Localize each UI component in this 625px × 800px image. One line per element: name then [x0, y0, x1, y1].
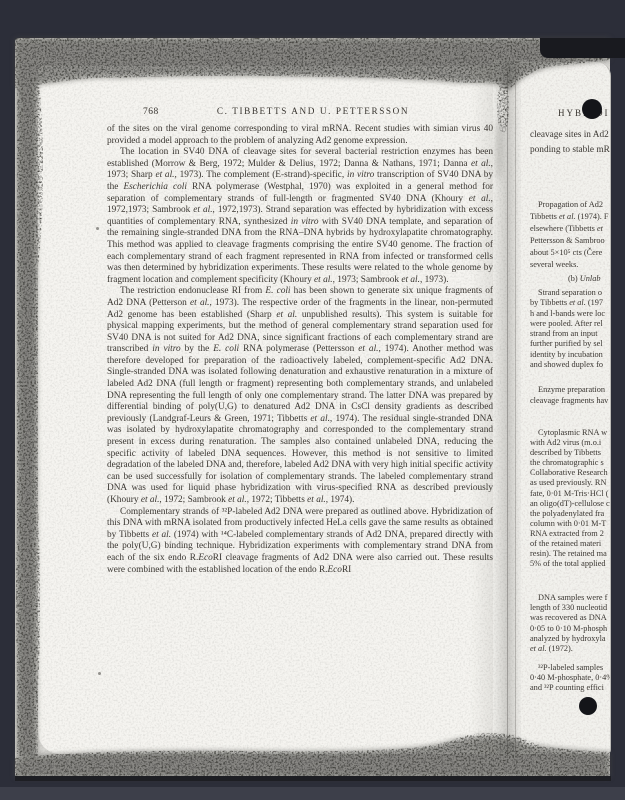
text-fragment-group: ³²P-labeled samples0·40 M-phosphate, 0·4… — [530, 663, 611, 693]
right-page: HYBRIDIZ cleavage sites in Ad2ponding to… — [521, 62, 611, 754]
text-line-fragment: analyzed by hydroxyla — [530, 634, 611, 644]
text-line-fragment: Propagation of Ad2 — [530, 199, 611, 211]
text-line-fragment: 0·40 M-phosphate, 0·4% — [530, 673, 611, 683]
text-line-fragment: ponding to stable mRN — [530, 143, 611, 158]
text-line-fragment: cleavage sites in Ad2 — [530, 128, 611, 143]
text-line-fragment: Cytoplasmic RNA w — [530, 428, 611, 438]
text-line-fragment: fate, 0·01 M-Tris·HCl ( — [530, 489, 611, 499]
text-line-fragment: the chromatographic s — [530, 458, 611, 468]
text-fragment-group: cleavage sites in Ad2ponding to stable m… — [530, 128, 611, 158]
gutter-fold-line — [515, 64, 516, 758]
scanned-book-photo: HYBRIDIZ cleavage sites in Ad2ponding to… — [0, 0, 625, 800]
text-line-fragment: were pooled. After rel — [530, 319, 611, 329]
text-line-fragment: the polyadenylated fra — [530, 509, 611, 519]
text-line-fragment: RNA extracted from 2 — [530, 529, 611, 539]
text-line-fragment: DNA samples were f — [530, 593, 611, 603]
text-line-fragment: resin). The retained ma — [530, 549, 611, 559]
text-fragment-group: Cytoplasmic RNA wwith Ad2 virus (m.o.ide… — [530, 428, 611, 569]
text-line-fragment: further purified by sel — [530, 339, 611, 349]
text-line-fragment: an oligo(dT)-cellulose c — [530, 499, 611, 509]
text-line-fragment: 0·05 to 0·10 M-phosph — [530, 624, 611, 634]
text-line-fragment: Tibbetts et al. (1974). F — [530, 211, 611, 223]
text-line-fragment: of the retained materi — [530, 539, 611, 549]
text-line-fragment: and showed duplex fo — [530, 360, 611, 370]
text-line-fragment: strand from an input — [530, 329, 611, 339]
text-line-fragment: cleavage fragments hav — [530, 396, 611, 406]
left-page-header: 768 C. TIBBETTS AND U. PETTERSSON — [107, 106, 493, 116]
text-line-fragment: by Tibbetts et al. (197 — [530, 298, 611, 308]
background-ledge — [0, 787, 625, 800]
text-fragment-group: (b) Unlab — [530, 273, 611, 284]
text-line-fragment: with Ad2 virus (m.o.i — [530, 438, 611, 448]
sheet-bottom-edge — [15, 776, 611, 781]
right-page-text-fragments: cleavage sites in Ad2ponding to stable m… — [530, 128, 611, 693]
paragraph: of the sites on the viral genome corresp… — [107, 124, 493, 147]
text-line-fragment: length of 330 nucleotid — [530, 603, 611, 613]
text-line-fragment: et al. (1972). — [530, 644, 611, 654]
text-line-fragment: described by Tibbetts — [530, 448, 611, 458]
scan-speck — [96, 227, 99, 230]
gutter-fold-line — [507, 68, 508, 758]
text-line-fragment: Collaborative Research — [530, 468, 611, 478]
punch-hole — [582, 99, 602, 119]
scan-speck — [98, 672, 101, 675]
paragraph: The restriction endonuclease RI from E. … — [107, 286, 493, 506]
text-fragment-group: Propagation of Ad2Tibbetts et al. (1974)… — [530, 199, 611, 271]
text-line-fragment: about 5×10⁵ cts (Čere — [530, 247, 611, 259]
text-line-fragment: h and l-bands were loc — [530, 309, 611, 319]
page-number: 768 — [143, 107, 159, 117]
paragraph: The location in SV40 DNA of cleavage sit… — [107, 147, 493, 286]
text-line-fragment: column with 0·01 M-T — [530, 519, 611, 529]
text-fragment-group: Strand separation oby Tibbetts et al. (1… — [530, 288, 611, 370]
text-line-fragment: was recovered as DNA — [530, 613, 611, 623]
text-fragment-group: Enzyme preparationcleavage fragments hav — [530, 385, 611, 406]
paragraph: Complementary strands of ³²P-labeled Ad2… — [107, 507, 493, 577]
top-right-shadow-gap — [540, 38, 625, 58]
text-line-fragment: elsewhere (Tibbetts et — [530, 223, 611, 235]
text-line-fragment: Strand separation o — [530, 288, 611, 298]
text-line-fragment: as used previously. RN — [530, 478, 611, 488]
text-line-fragment: (b) Unlab — [530, 273, 611, 284]
body-text: of the sites on the viral genome corresp… — [107, 124, 493, 576]
text-fragment-group: DNA samples were flength of 330 nucleoti… — [530, 593, 611, 654]
text-line-fragment: ³²P-labeled samples — [530, 663, 611, 673]
running-head: C. TIBBETTS AND U. PETTERSSON — [107, 106, 493, 116]
punch-hole — [579, 697, 597, 715]
text-line-fragment: and ³²P counting effici — [530, 683, 611, 693]
text-line-fragment: Pettersson & Sambroo — [530, 235, 611, 247]
text-line-fragment: identity by incubation — [530, 350, 611, 360]
text-line-fragment: Enzyme preparation — [530, 385, 611, 395]
text-line-fragment: 5% of the total applied — [530, 559, 611, 569]
text-line-fragment: several weeks. — [530, 259, 611, 271]
